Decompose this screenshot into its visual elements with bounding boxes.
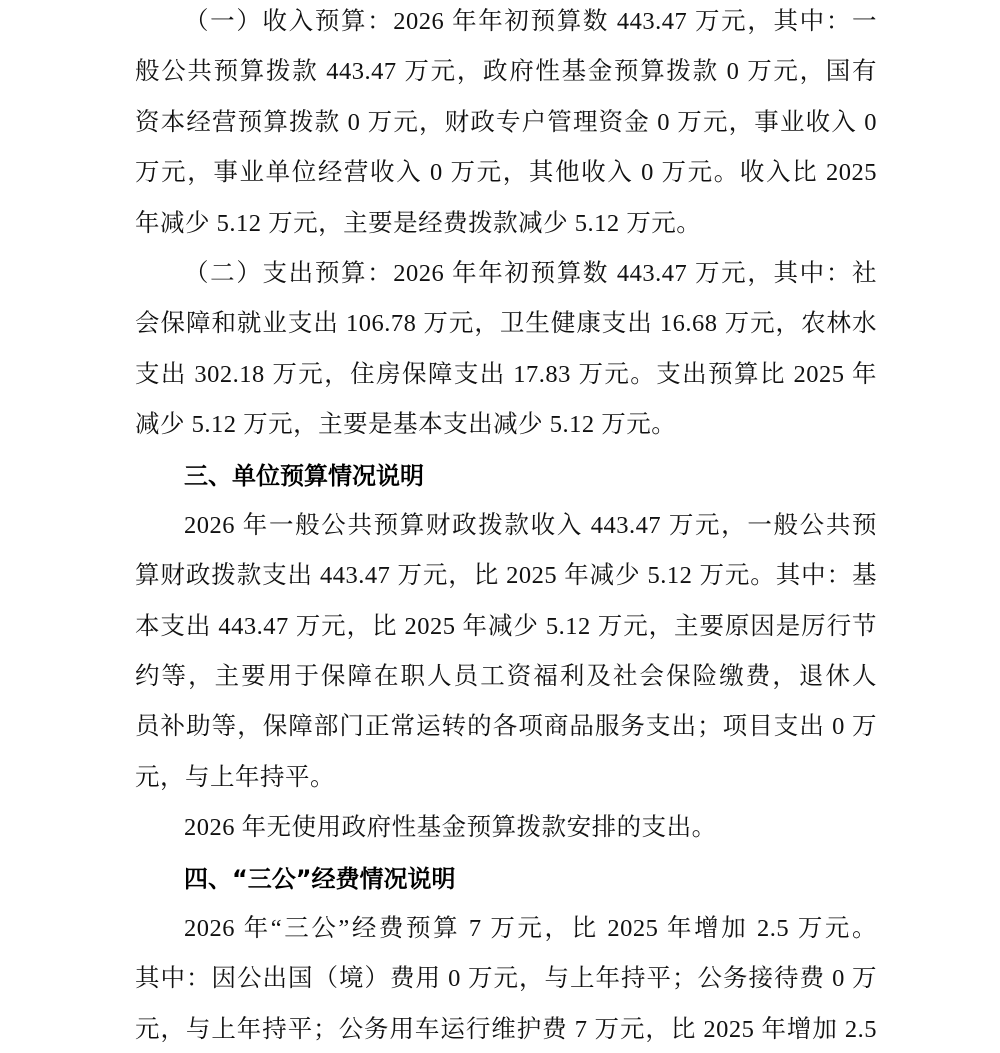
text-line: 年减少 5.12 万元，主要是经费拨款减少 5.12 万元。 bbox=[135, 199, 877, 249]
section-4-heading: 四、“三公”经费情况说明 bbox=[135, 854, 877, 904]
unit-budget-paragraph: 2026 年一般公共预算财政拨款收入 443.47 万元，一般公共预 算财政拨款… bbox=[135, 501, 877, 803]
text-line: 2026 年无使用政府性基金预算拨款安排的支出。 bbox=[135, 803, 877, 853]
text-line: （一）收入预算：2026 年年初预算数 443.47 万元，其中：一 bbox=[135, 0, 877, 47]
section-3-heading: 三、单位预算情况说明 bbox=[135, 451, 877, 501]
text-line: 其中：因公出国（境）费用 0 万元，与上年持平；公务接待费 0 万 bbox=[135, 954, 877, 1004]
text-line: 员补助等，保障部门正常运转的各项商品服务支出；项目支出 0 万 bbox=[135, 702, 877, 752]
text-line: 元，与上年持平。 bbox=[135, 753, 877, 803]
expenditure-budget-paragraph: （二）支出预算：2026 年年初预算数 443.47 万元，其中：社 会保障和就… bbox=[135, 249, 877, 451]
text-line: 减少 5.12 万元，主要是基本支出减少 5.12 万元。 bbox=[135, 400, 877, 450]
three-public-expenses-paragraph: 2026 年“三公”经费预算 7 万元，比 2025 年增加 2.5 万元。 其… bbox=[135, 904, 877, 1053]
text-line: 本支出 443.47 万元，比 2025 年减少 5.12 万元，主要原因是厉行… bbox=[135, 602, 877, 652]
text-line: 约等，主要用于保障在职人员工资福利及社会保险缴费，退休人 bbox=[135, 652, 877, 702]
document-body: （一）收入预算：2026 年年初预算数 443.47 万元，其中：一 般公共预算… bbox=[135, 0, 877, 1053]
text-line: 算财政拨款支出 443.47 万元，比 2025 年减少 5.12 万元。其中：… bbox=[135, 551, 877, 601]
gov-fund-paragraph: 2026 年无使用政府性基金预算拨款安排的支出。 bbox=[135, 803, 877, 853]
text-line: 2026 年一般公共预算财政拨款收入 443.47 万元，一般公共预 bbox=[135, 501, 877, 551]
text-line: 支出 302.18 万元，住房保障支出 17.83 万元。支出预算比 2025 … bbox=[135, 350, 877, 400]
text-line: （二）支出预算：2026 年年初预算数 443.47 万元，其中：社 bbox=[135, 249, 877, 299]
text-line: 万元，事业单位经营收入 0 万元，其他收入 0 万元。收入比 2025 bbox=[135, 148, 877, 198]
document-page: （一）收入预算：2026 年年初预算数 443.47 万元，其中：一 般公共预算… bbox=[135, 0, 877, 1053]
income-budget-paragraph: （一）收入预算：2026 年年初预算数 443.47 万元，其中：一 般公共预算… bbox=[135, 0, 877, 249]
text-line: 般公共预算拨款 443.47 万元，政府性基金预算拨款 0 万元，国有 bbox=[135, 47, 877, 97]
text-line: 资本经营预算拨款 0 万元，财政专户管理资金 0 万元，事业收入 0 bbox=[135, 98, 877, 148]
text-line: 会保障和就业支出 106.78 万元，卫生健康支出 16.68 万元，农林水 bbox=[135, 299, 877, 349]
text-line: 2026 年“三公”经费预算 7 万元，比 2025 年增加 2.5 万元。 bbox=[135, 904, 877, 954]
text-line: 元，与上年持平；公务用车运行维护费 7 万元，比 2025 年增加 2.5 bbox=[135, 1005, 877, 1053]
